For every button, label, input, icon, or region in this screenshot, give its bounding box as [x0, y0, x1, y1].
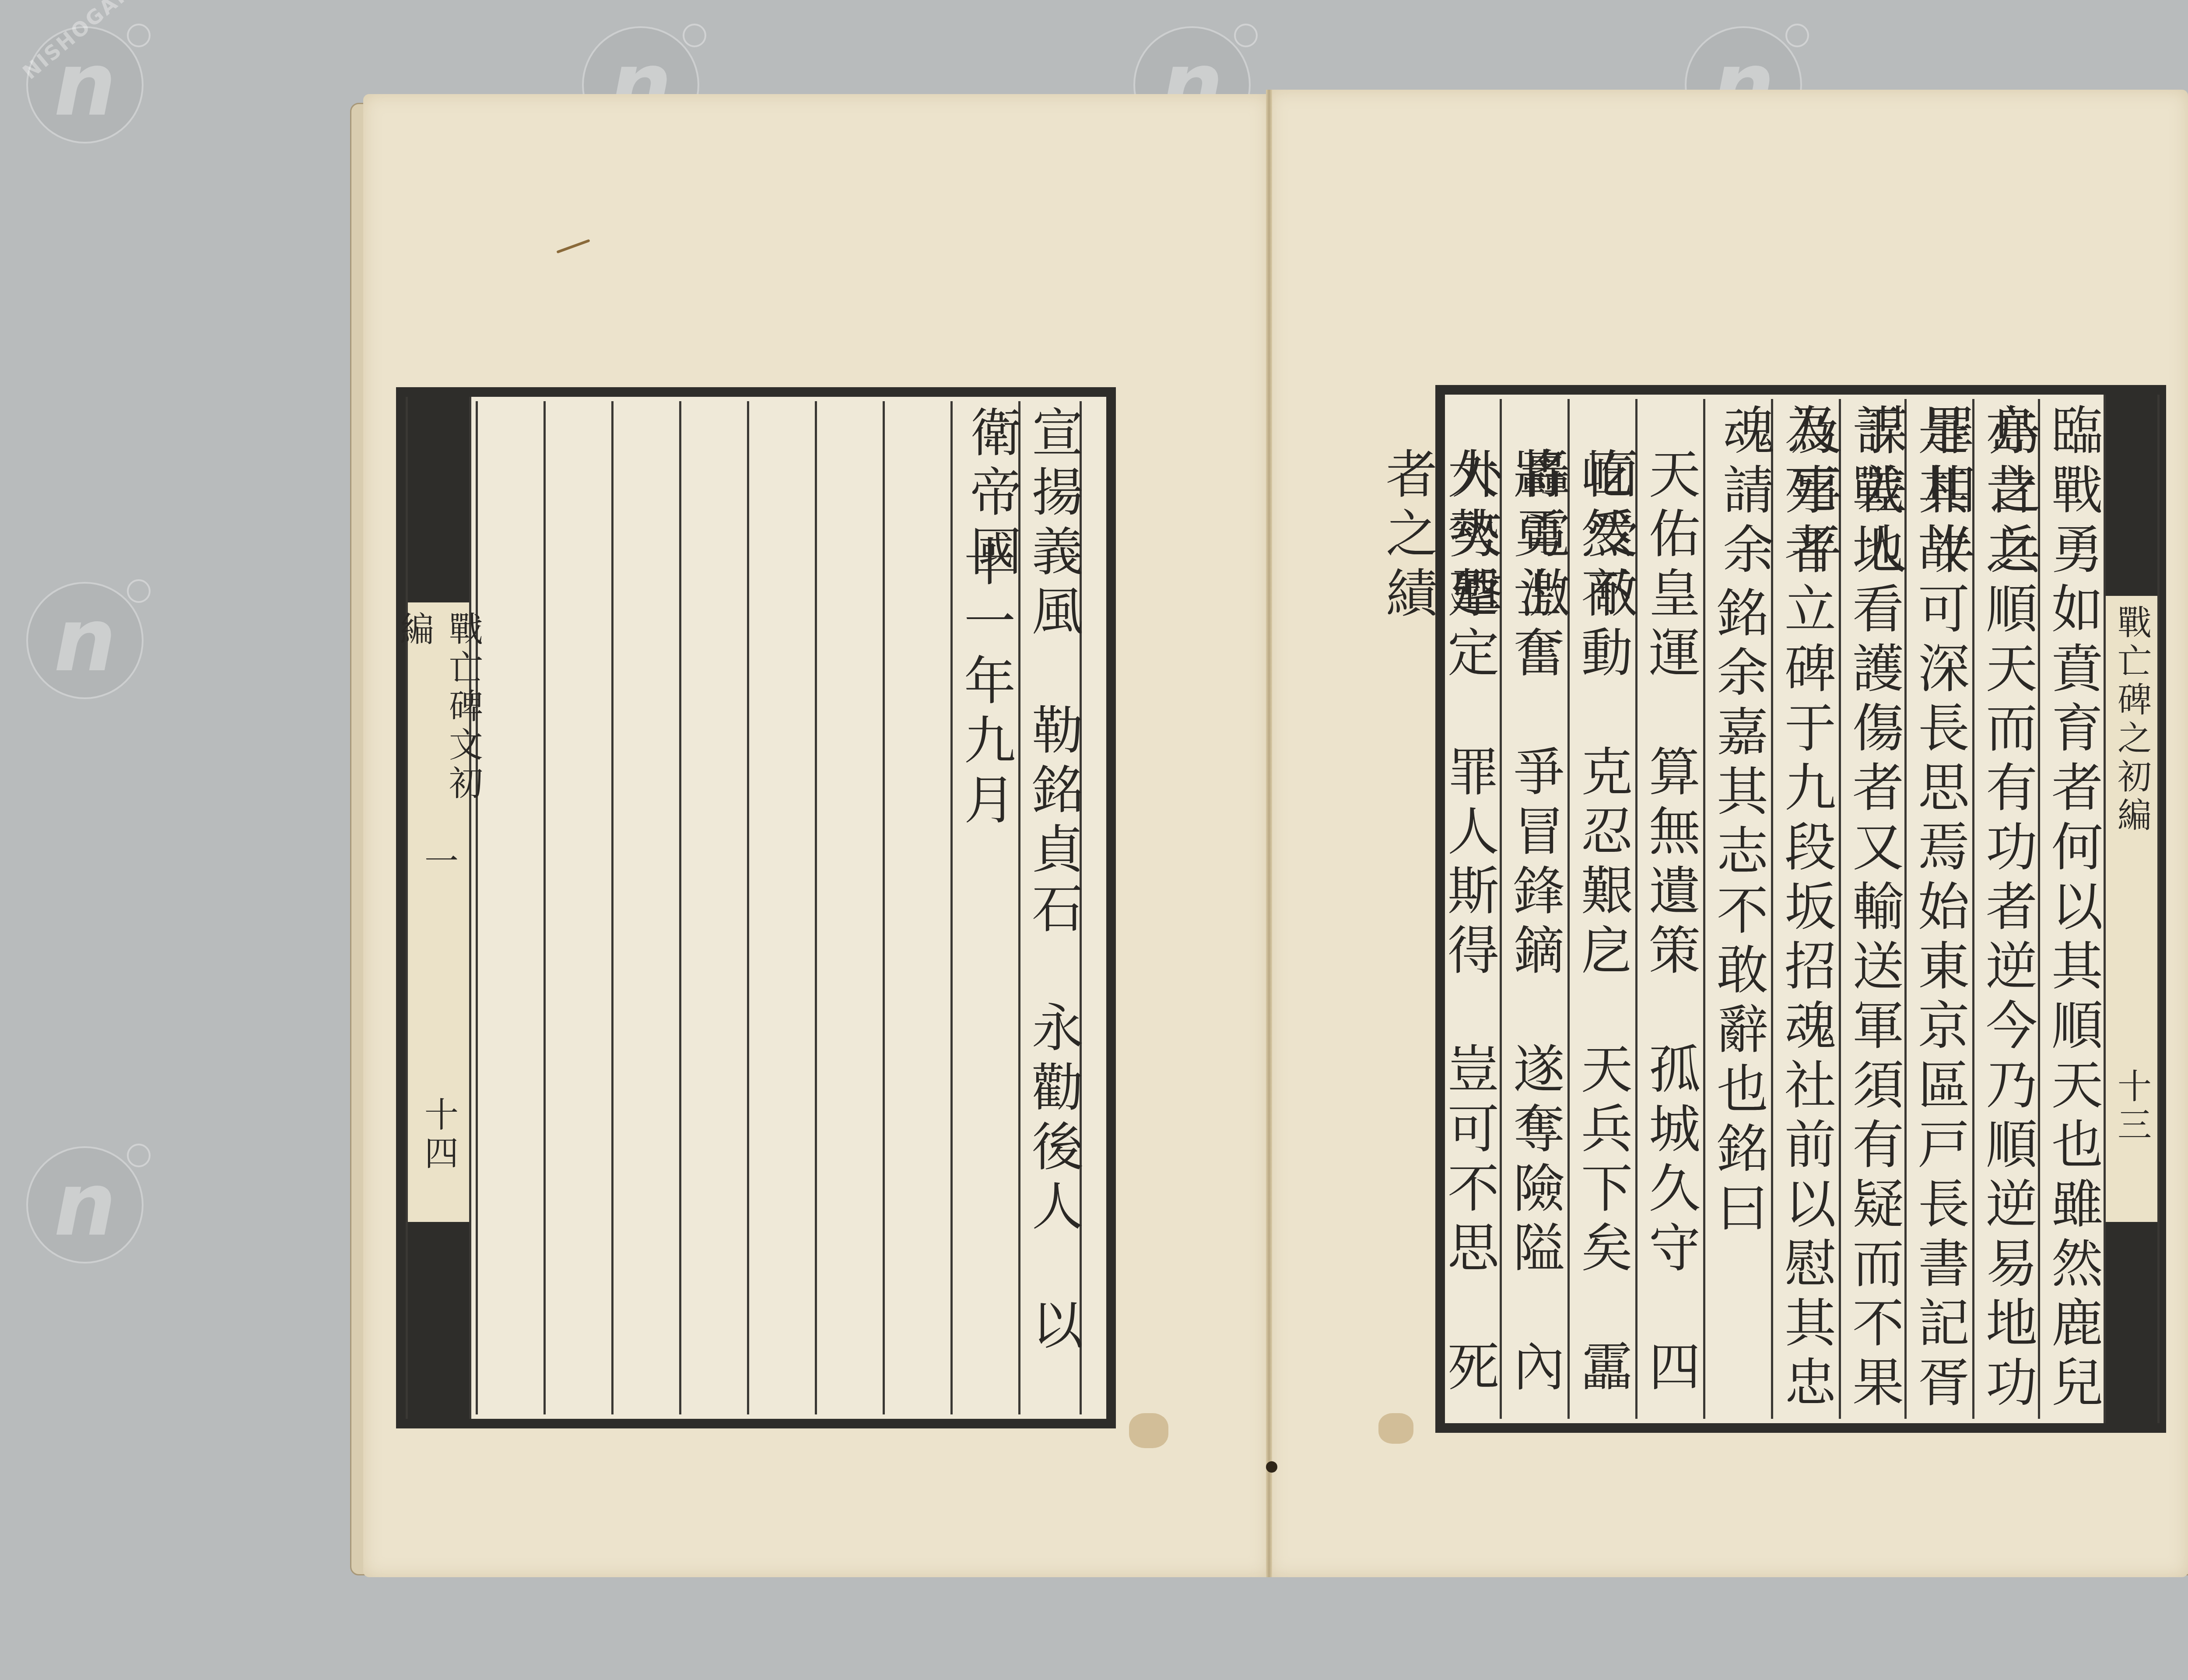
- watermark-dot-icon: [1785, 24, 1809, 47]
- column-rule: [815, 401, 817, 1414]
- watermark-dot-icon: [1234, 24, 1258, 47]
- banshin-fishtail-bottom: [2106, 1222, 2157, 1423]
- text-column: 于戰地看護傷者又輸送軍須有疑而不果及事平: [1839, 403, 1904, 1423]
- binding-hole: [1266, 1461, 1277, 1473]
- text-column: 是其故可深長思焉始東京區戸長書記胥謀差人: [1904, 403, 1970, 1423]
- text-column: 大勢廼定 罪人斯得 豈可不思 死者之績: [1434, 447, 1500, 1410]
- book-gutter: [1266, 90, 1272, 1577]
- banshin-page-number: 十四: [408, 1097, 469, 1184]
- text-column: 為死者立碑于九段坂招魂社前以慰其忠魂請余: [1771, 403, 1837, 1423]
- column-rule: [611, 401, 614, 1414]
- paper-stain: [1129, 1413, 1168, 1448]
- text-column: 屹然不動 克忍艱戹 天兵下矣 靁轟電激: [1567, 447, 1633, 1410]
- date-column: 十一年九月: [950, 465, 1016, 902]
- watermark-dot-icon: [127, 1144, 151, 1167]
- watermark-logo: n: [26, 1146, 144, 1263]
- text-column: 將勇士奮 爭冒鋒鏑 遂奪險隘 內外夾擊: [1500, 447, 1565, 1410]
- watermark-logo: n: [26, 582, 144, 699]
- left-banshin: 戰亡碑文初編 一 十四: [406, 397, 471, 1419]
- right-page-frame: 戰亡碑之初編 十三 臨戰勇如賁育者何以其順天也雖然鹿兒島之兵 亦昔之順天而有功者…: [1435, 385, 2166, 1433]
- banshin-title: 戰亡碑文初編: [408, 611, 469, 830]
- column-rule: [883, 401, 885, 1414]
- banshin-fishtail-top: [2106, 395, 2157, 596]
- text-column: 銘余嘉其志不敢辭也銘曰: [1703, 403, 1769, 1423]
- watermark-n-icon: n: [54, 1161, 116, 1249]
- right-banshin: 戰亡碑之初編 十三: [2104, 395, 2160, 1423]
- text-column: 亦昔之順天而有功者逆今乃順逆易地功罪相半: [1972, 403, 2038, 1423]
- banshin-volume: 一: [408, 843, 469, 891]
- column-rule: [543, 401, 546, 1414]
- banshin-fishtail-top: [408, 397, 469, 602]
- column-rule: [476, 401, 478, 1414]
- column-rule: [747, 401, 749, 1414]
- text-column: 天佑皇運 算無遺策 孤城久守 四面受敵: [1635, 447, 1701, 1410]
- banshin-title: 戰亡碑之初編: [2106, 605, 2157, 850]
- text-column: 宣揚義風 勒銘貞石 永勸後人 以衛帝國: [1018, 406, 1084, 1412]
- left-page-frame: 戰亡碑文初編 一 十四 宣揚義風 勒銘貞石 永勸後人 以衛帝國 十一年九月: [396, 387, 1116, 1428]
- watermark-n-icon: n: [54, 597, 116, 684]
- watermark-dot-icon: [127, 24, 151, 47]
- watermark-dot-icon: [683, 24, 706, 47]
- banshin-page-number: 十三: [2106, 1068, 2157, 1156]
- watermark-logo: NISHOGAKUSHAn: [26, 26, 144, 143]
- watermark-dot-icon: [127, 579, 151, 603]
- paper-stain: [1378, 1413, 1413, 1444]
- column-rule: [679, 401, 681, 1414]
- banshin-fishtail-bottom: [408, 1222, 469, 1419]
- text-column: 臨戰勇如賁育者何以其順天也雖然鹿兒島之兵: [2038, 403, 2104, 1423]
